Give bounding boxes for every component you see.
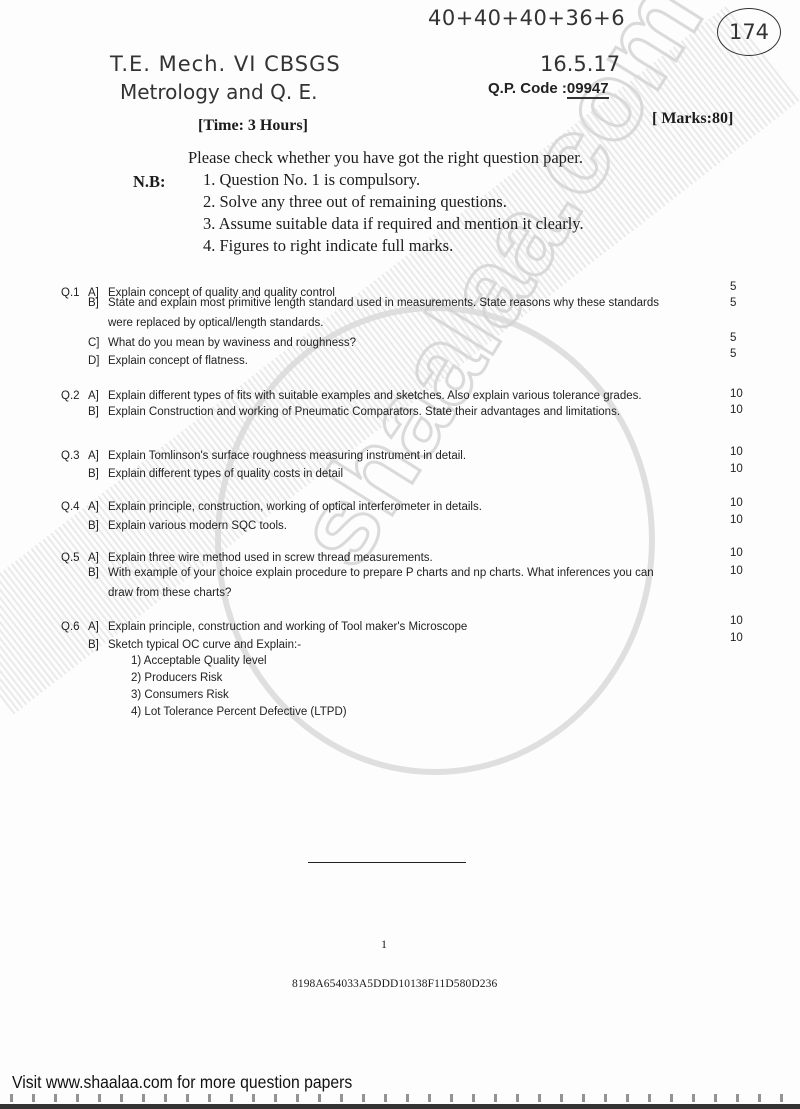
question-marks: 10	[730, 497, 743, 509]
exam-duration: [Time: 3 Hours]	[198, 117, 308, 135]
handwritten-badge-number: 174	[717, 8, 781, 56]
instruction-item: 3. Assume suitable data if required and …	[203, 213, 584, 235]
qp-code-value: 09947	[567, 80, 609, 99]
part-label: B]	[88, 520, 99, 532]
total-marks: [ Marks:80]	[652, 110, 733, 128]
question-text: draw from these charts?	[108, 587, 231, 599]
question-text: Explain three wire method used in screw …	[108, 552, 433, 564]
part-label: B]	[88, 297, 99, 309]
subitem-text: 2) Producers Risk	[131, 672, 222, 684]
subitem-text: 3) Consumers Risk	[131, 689, 229, 701]
part-label: A]	[88, 552, 99, 564]
handwritten-subject: Metrology and Q. E.	[120, 80, 318, 104]
part-label: B]	[88, 468, 99, 480]
question-number: Q.2	[61, 390, 80, 402]
part-label: C]	[88, 337, 100, 349]
instructions-list: 1. Question No. 1 is compulsory. 2. Solv…	[203, 169, 584, 257]
question-marks: 10	[730, 446, 743, 458]
end-of-paper-rule	[308, 862, 466, 863]
visit-website-link[interactable]: Visit www.shaalaa.com for more question …	[12, 1072, 352, 1093]
question-text: Explain various modern SQC tools.	[108, 520, 287, 532]
question-marks: 5	[730, 348, 736, 360]
question-paper-page: shaalaa.com 40+40+40+36+6 174 T.E. Mech.…	[0, 0, 800, 1109]
handwritten-course: T.E. Mech. VI CBSGS	[110, 52, 341, 76]
page-number: 1	[381, 937, 387, 952]
question-marks: 5	[730, 281, 736, 293]
part-label: D]	[88, 355, 100, 367]
question-text: State and explain most primitive length …	[108, 297, 659, 309]
subitem-text: 4) Lot Tolerance Percent Defective (LTPD…	[131, 706, 347, 718]
question-text: Explain principle, construction, working…	[108, 501, 482, 513]
question-number: Q.1	[61, 287, 80, 299]
part-label: A]	[88, 621, 99, 633]
question-number: Q.6	[61, 621, 80, 633]
scan-edge-marks	[10, 1094, 790, 1102]
part-label: B]	[88, 567, 99, 579]
check-paper-note: Please check whether you have got the ri…	[188, 148, 583, 168]
part-label: A]	[88, 501, 99, 513]
handwritten-date: 16.5.17	[540, 52, 620, 76]
question-text: Explain Construction and working of Pneu…	[108, 406, 620, 418]
qp-code: Q.P. Code :09947	[488, 80, 609, 97]
question-marks: 10	[730, 547, 743, 559]
question-text: Explain principle, construction and work…	[108, 621, 467, 633]
question-marks: 5	[730, 297, 736, 309]
question-text: Explain different types of quality costs…	[108, 468, 343, 480]
question-marks: 10	[730, 463, 743, 475]
paper-code: 8198A654033A5DDD10138F11D580D236	[292, 978, 497, 990]
question-text: What do you mean by waviness and roughne…	[108, 337, 356, 349]
question-number: Q.5	[61, 552, 80, 564]
question-number: Q.3	[61, 450, 80, 462]
part-label: B]	[88, 406, 99, 418]
question-number: Q.4	[61, 501, 80, 513]
instruction-item: 1. Question No. 1 is compulsory.	[203, 169, 584, 191]
part-label: A]	[88, 450, 99, 462]
question-text: were replaced by optical/length standard…	[108, 317, 323, 329]
subitem-text: 1) Acceptable Quality level	[131, 655, 267, 667]
question-text: With example of your choice explain proc…	[108, 567, 654, 579]
question-marks: 10	[730, 514, 743, 526]
question-marks: 10	[730, 632, 743, 644]
question-marks: 10	[730, 565, 743, 577]
qp-code-label: Q.P. Code :	[488, 80, 567, 97]
question-text: Explain different types of fits with sui…	[108, 390, 642, 402]
question-marks: 10	[730, 615, 743, 627]
part-label: B]	[88, 639, 99, 651]
question-marks: 10	[730, 388, 743, 400]
question-text: Sketch typical OC curve and Explain:-	[108, 639, 301, 651]
question-text: Explain concept of flatness.	[108, 355, 248, 367]
scan-bottom-edge	[0, 1104, 800, 1109]
question-marks: 10	[730, 404, 743, 416]
question-marks: 5	[730, 332, 736, 344]
instruction-item: 4. Figures to right indicate full marks.	[203, 235, 584, 257]
instruction-item: 2. Solve any three out of remaining ques…	[203, 191, 584, 213]
nb-label: N.B:	[133, 172, 166, 192]
part-label: A]	[88, 390, 99, 402]
question-text: Explain Tomlinson's surface roughness me…	[108, 450, 466, 462]
handwritten-marks-sum: 40+40+40+36+6	[428, 6, 625, 30]
